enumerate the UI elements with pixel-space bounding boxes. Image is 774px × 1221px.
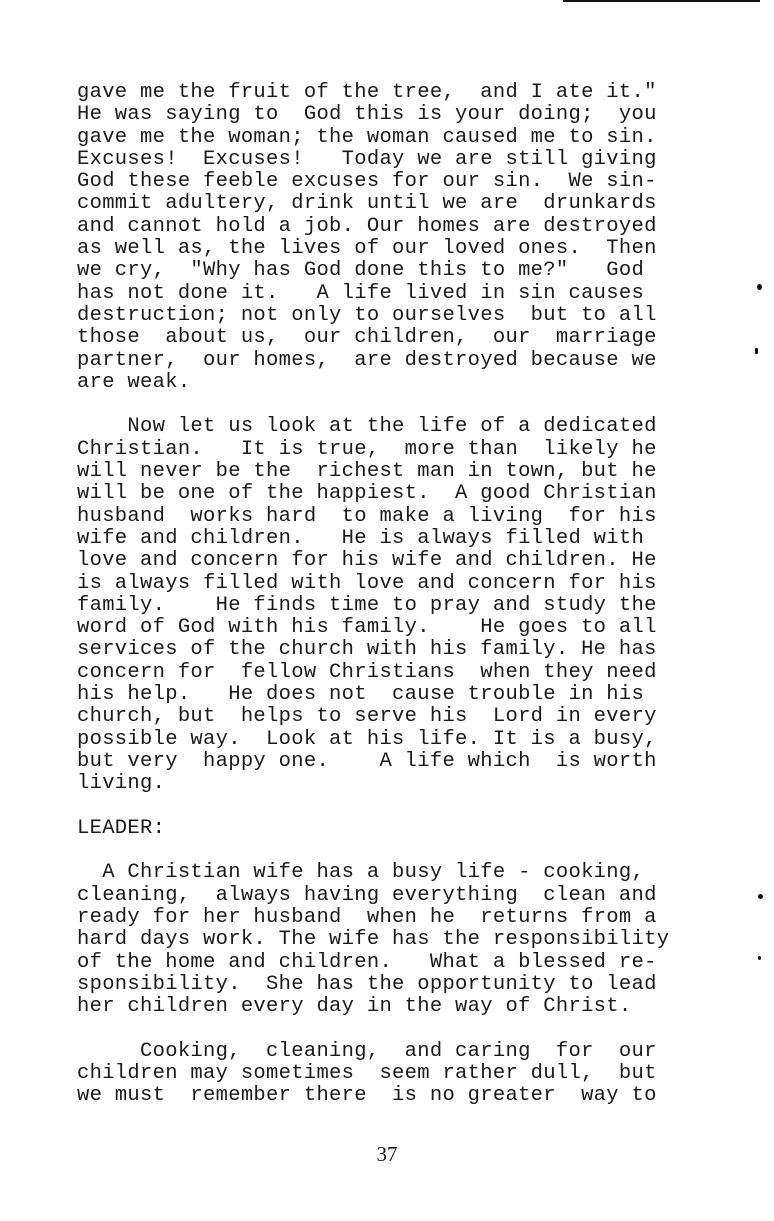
text-line: will be one of the happiest. A good Chri… xyxy=(77,483,697,505)
text-line: services of the church with his family. … xyxy=(77,639,697,661)
text-line: God these feeble excuses for our sin. We… xyxy=(77,171,697,193)
paragraph-christian-wife: A Christian wife has a busy life - cooki… xyxy=(77,862,697,1018)
text-line: ready for her husband when he returns fr… xyxy=(77,907,697,929)
text-line: cleaning, always having everything clean… xyxy=(77,885,697,907)
text-line: living. xyxy=(77,773,697,795)
text-line: Excuses! Excuses! Today we are still giv… xyxy=(77,149,697,171)
text-line: gave me the fruit of the tree, and I ate… xyxy=(77,82,697,104)
text-line: concern for fellow Christians when they … xyxy=(77,662,697,684)
text-line: wife and children. He is always filled w… xyxy=(77,528,697,550)
text-line: love and concern for his wife and childr… xyxy=(77,550,697,572)
text-line: is always filled with love and concern f… xyxy=(77,573,697,595)
text-line: He was saying to God this is your doing;… xyxy=(77,104,697,126)
text-line: commit adultery, drink until we are drun… xyxy=(77,193,697,215)
text-line: partner, our homes, are destroyed becaus… xyxy=(77,350,697,372)
text-line: her children every day in the way of Chr… xyxy=(77,996,697,1018)
text-line: possible way. Look at his life. It is a … xyxy=(77,729,697,751)
text-line: family. He finds time to pray and study … xyxy=(77,595,697,617)
text-line: those about us, our children, our marria… xyxy=(77,327,697,349)
text-line: his help. He does not cause trouble in h… xyxy=(77,684,697,706)
text-line: but very happy one. A life which is wort… xyxy=(77,751,697,773)
text-line: Cooking, cleaning, and caring for our xyxy=(77,1041,697,1063)
text-line: are weak. xyxy=(77,372,697,394)
text-line: gave me the woman; the woman caused me t… xyxy=(77,127,697,149)
text-line: children may sometimes seem rather dull,… xyxy=(77,1063,697,1085)
scan-speck xyxy=(755,348,758,354)
top-border-line xyxy=(563,0,760,2)
text-line: we cry, "Why has God done this to me?" G… xyxy=(77,260,697,282)
text-line: church, but helps to serve his Lord in e… xyxy=(77,706,697,728)
text-line: Christian. It is true, more than likely … xyxy=(77,439,697,461)
text-line: has not done it. A life lived in sin cau… xyxy=(77,283,697,305)
text-line: sponsibility. She has the opportunity to… xyxy=(77,974,697,996)
text-line: hard days work. The wife has the respons… xyxy=(77,929,697,951)
text-line: Now let us look at the life of a dedicat… xyxy=(77,416,697,438)
page-number: 37 xyxy=(0,1142,774,1167)
paragraph-excuses: gave me the fruit of the tree, and I ate… xyxy=(77,82,697,394)
text-line: will never be the richest man in town, b… xyxy=(77,461,697,483)
text-line: A Christian wife has a busy life - cooki… xyxy=(77,862,697,884)
scan-speck xyxy=(757,284,762,290)
text-line: husband works hard to make a living for … xyxy=(77,506,697,528)
text-line: of the home and children. What a blessed… xyxy=(77,952,697,974)
page-body: gave me the fruit of the tree, and I ate… xyxy=(77,82,697,1130)
text-line: and cannot hold a job. Our homes are des… xyxy=(77,216,697,238)
paragraph-dedicated-christian: Now let us look at the life of a dedicat… xyxy=(77,416,697,795)
text-line: as well as, the lives of our loved ones.… xyxy=(77,238,697,260)
text-line: we must remember there is no greater way… xyxy=(77,1085,697,1107)
section-heading-leader: LEADER: xyxy=(77,818,697,840)
scan-speck xyxy=(758,956,761,960)
paragraph-cooking-cleaning: Cooking, cleaning, and caring for ourchi… xyxy=(77,1041,697,1108)
scan-speck xyxy=(758,894,763,899)
text-line: destruction; not only to ourselves but t… xyxy=(77,305,697,327)
text-line: word of God with his family. He goes to … xyxy=(77,617,697,639)
